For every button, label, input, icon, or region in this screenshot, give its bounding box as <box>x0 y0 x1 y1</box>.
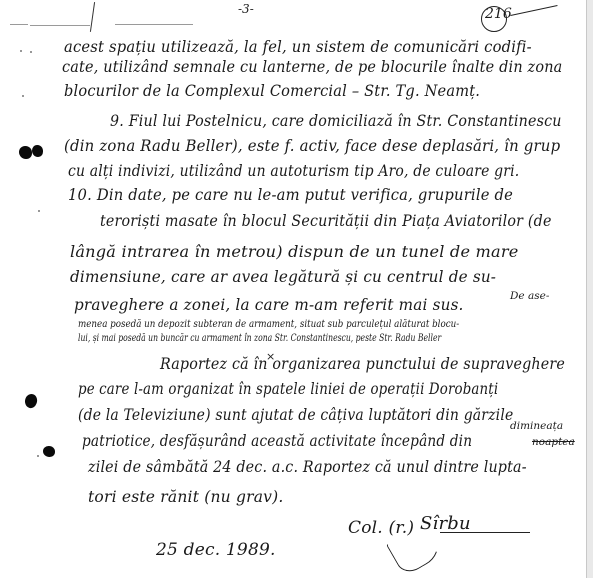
text-line: cate, utilizând semnale cu lanterne, de … <box>62 58 562 76</box>
scan-artifact <box>10 24 28 25</box>
ink-blot <box>19 146 32 159</box>
scan-speck <box>22 95 24 97</box>
text-line: acest spațiu utilizează, la fel, un sist… <box>64 38 532 56</box>
inserted-word: dimineața <box>510 420 563 432</box>
pen-stroke <box>510 5 557 16</box>
struck-word: noaptea <box>532 436 575 448</box>
text-line: praveghere a zonei, la care m-am referit… <box>74 296 464 314</box>
ink-blot <box>43 446 55 457</box>
text-line: tori este rănit (nu grav). <box>88 488 284 506</box>
ink-blot <box>23 392 39 409</box>
margin-note: lui, și mai posedă un buncăr cu armament… <box>78 332 441 344</box>
scanned-document-page: -3- 216 acest spațiu utilizează, la fel,… <box>0 0 586 578</box>
text-line: blocurilor de la Complexul Comercial – S… <box>64 82 480 100</box>
text-line: 9. Fiul lui Postelnicu, care domiciliază… <box>110 112 562 130</box>
scan-speck <box>38 210 40 212</box>
scan-artifact <box>115 24 193 25</box>
pen-mark <box>90 2 95 32</box>
scan-speck <box>30 51 32 53</box>
margin-note: menea posedă un depozit subteran de arma… <box>78 318 459 330</box>
document-date: 25 dec. 1989. <box>156 540 276 560</box>
folio-number: 216 <box>485 6 512 22</box>
scan-speck <box>20 50 22 52</box>
text-line: 10. Din date, pe care nu le-am putut ver… <box>68 186 513 204</box>
text-line: (de la Televiziune) sunt ajutat de câțiv… <box>78 406 513 424</box>
text-line: pe care l-am organizat în spatele liniei… <box>78 380 498 398</box>
text-line: dimensiune, care ar avea legătură și cu … <box>70 268 496 286</box>
scan-edge <box>586 0 593 578</box>
scan-speck <box>37 455 39 457</box>
text-line: patriotice, desfășurând această activita… <box>82 432 472 450</box>
signature-stroke <box>440 532 530 533</box>
text-line: lângă intrarea în metrou) dispun de un t… <box>70 243 519 261</box>
ink-blot <box>32 145 43 157</box>
page-marker: -3- <box>238 2 254 16</box>
scan-artifact <box>30 25 90 26</box>
text-line: cu alți indivizi, utilizând un autoturis… <box>68 162 519 180</box>
margin-note: De ase- <box>510 290 549 302</box>
text-line: zilei de sâmbătă 24 dec. a.c. Raportez c… <box>88 458 527 476</box>
text-line: teroriști masate în blocul Securității d… <box>100 212 552 230</box>
text-line: Raportez că în organizarea punctului de … <box>160 355 565 373</box>
text-line: (din zona Radu Beller), este f. activ, f… <box>64 137 560 155</box>
